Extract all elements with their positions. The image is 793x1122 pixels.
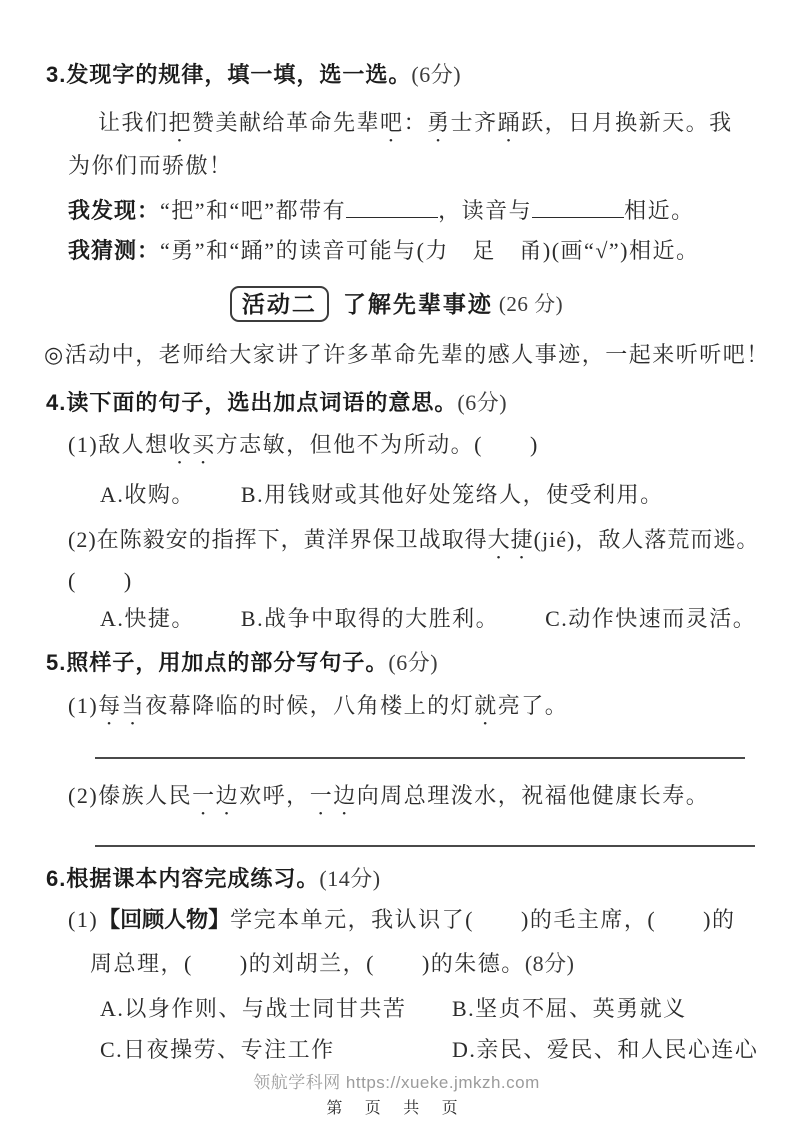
question-6-title: 根据课本内容完成练习。 (66, 866, 319, 891)
passage-text: 士齐 (451, 110, 498, 135)
sentence-text: 周总理，( )的刘胡兰，( )的朱德。 (90, 951, 525, 976)
page-footer: 第 页 共 页 (0, 1094, 793, 1122)
question-4-title: 读下面的句子，选出加点词语的意思。 (66, 390, 457, 415)
sentence-text: 夜幕降临的时候，八角楼上的灯 (145, 693, 474, 718)
q3-guess-line: 我猜测：“勇”和“踊”的读音可能与(力 足 甬)(画“√”)相近。 (68, 236, 699, 266)
passage-text: 让我们 (98, 110, 169, 135)
guess-text: “勇”和“踊”的读音可能与(力 足 甬)(画“√”)相近。 (160, 238, 699, 263)
q6-options-row-1: A.以身作则、与战士同甘共苦B.坚贞不屈、英勇就义 (100, 994, 687, 1024)
watermark-text: 领航学科网 https://xueke.jmkzh.com (253, 1073, 540, 1092)
question-3-heading: 3.发现字的规律，填一填，选一选。(6分) (46, 60, 461, 90)
option-b[interactable]: B.战争中取得的大胜利。 (241, 606, 499, 631)
activity-score: (26 分) (499, 292, 563, 316)
question-5-number: 5. (46, 650, 66, 675)
question-3-number: 3. (46, 62, 66, 87)
sentence-text: (1) (68, 907, 98, 932)
sentence-text: (1) (68, 693, 98, 718)
find-text: “把”和“吧”都带有 (160, 198, 346, 223)
q4-item-2-options: A.快捷。B.战争中取得的大胜利。C.动作快速而灵活。 (100, 604, 756, 634)
sentence-text: 向周总理泼水，祝福他健康长寿。 (357, 783, 710, 808)
question-3-title: 发现字的规律，填一填，选一选。 (66, 62, 411, 87)
q4-item-2: (2)在陈毅安的指挥下，黄洋界保卫战取得大捷(jié)，敌人落荒而逃。 (68, 525, 759, 564)
passage-text: ： (404, 110, 428, 135)
sentence-text: 欢呼， (239, 783, 310, 808)
sentence-text: 学完本单元，我认识了( )的毛主席，( )的 (230, 907, 735, 932)
find-label: 我发现： (68, 198, 160, 223)
sentence-text: (2)傣族人民 (68, 783, 192, 808)
passage-text: 赞美献给革命先辈 (192, 110, 380, 135)
q5-item-1: (1)每当夜幕降临的时候，八角楼上的灯就亮了。 (68, 691, 568, 730)
guess-label: 我猜测： (68, 238, 160, 263)
activity-2-header: 活动二了解先辈事迹(26 分) (0, 286, 793, 322)
fill-in-blank[interactable] (532, 194, 624, 218)
find-text: ，读音与 (438, 198, 532, 223)
sentence-text: (2)在陈毅安的指挥下，黄洋界保卫战取得 (68, 527, 488, 552)
emphasized-word: 就 (474, 693, 498, 718)
emphasized-char: 踊 (498, 110, 522, 135)
page-number-label: 第 页 共 页 (326, 1100, 466, 1117)
sentence-text: 方志敏，但他不为所动。( ) (216, 432, 539, 457)
question-5-heading: 5.照样子，用加点的部分写句子。(6分) (46, 648, 438, 678)
sentence-text: (jié)，敌人落荒而逃。 (534, 527, 760, 552)
option-b[interactable]: B.坚贞不屈、英勇就义 (452, 996, 687, 1021)
question-6-heading: 6.根据课本内容完成练习。(14分) (46, 864, 381, 894)
test-paper-page: 3.发现字的规律，填一填，选一选。(6分) 让我们把赞美献给革命先辈吧：勇士齐踊… (0, 0, 793, 1122)
option-a[interactable]: A.收购。 (100, 482, 195, 507)
emphasized-word: 一边 (310, 783, 357, 808)
q5-item-2: (2)傣族人民一边欢呼，一边向周总理泼水，祝福他健康长寿。 (68, 781, 709, 820)
activity-title: 了解先辈事迹 (343, 291, 493, 317)
question-3-score: (6分) (411, 62, 461, 87)
question-5-score: (6分) (388, 650, 438, 675)
activity-intro-text: ◎活动中，老师给大家讲了许多革命先辈的感人事迹，一起来听听吧！ (44, 342, 770, 367)
question-6-score: (14分) (319, 866, 380, 891)
q4-item-1-options: A.收购。B.用钱财或其他好处笼络人，使受利用。 (100, 480, 664, 510)
option-d[interactable]: D.亲民、爱民、和人民心连心 (452, 1037, 758, 1062)
q3-passage-line-2: 为你们而骄傲！ (68, 151, 233, 181)
emphasized-word: 收买 (169, 432, 216, 457)
emphasized-char: 把 (169, 110, 193, 135)
question-4-score: (6分) (457, 390, 507, 415)
emphasized-char: 吧 (380, 110, 404, 135)
question-4-heading: 4.读下面的句子，选出加点词语的意思。(6分) (46, 388, 507, 418)
sentence-text: (1)敌人想 (68, 432, 169, 457)
emphasized-word: 每当 (98, 693, 145, 718)
q6-item-1-line-1: (1)【回顾人物】学完本单元，我认识了( )的毛主席，( )的 (68, 905, 735, 935)
q4-item-2-answer-paren[interactable]: ( ) (68, 566, 133, 596)
option-b[interactable]: B.用钱财或其他好处笼络人，使受利用。 (241, 482, 664, 507)
emphasized-char: 勇 (427, 110, 451, 135)
option-c[interactable]: C.日夜操劳、专注工作 (100, 1035, 452, 1065)
q3-find-line: 我发现：“把”和“吧”都带有，读音与相近。 (68, 194, 695, 226)
activity-badge: 活动二 (230, 286, 329, 322)
question-4-number: 4. (46, 390, 66, 415)
q6-item-1-line-2: 周总理，( )的刘胡兰，( )的朱德。(8分) (90, 949, 574, 979)
q6-options-row-2: C.日夜操劳、专注工作D.亲民、爱民、和人民心连心 (100, 1035, 758, 1065)
q3-passage-line-1: 让我们把赞美献给革命先辈吧：勇士齐踊跃，日月换新天。我 (98, 108, 733, 147)
question-5-title: 照样子，用加点的部分写句子。 (66, 650, 388, 675)
emphasized-word: 大捷 (488, 527, 534, 552)
q4-item-1: (1)敌人想收买方志敏，但他不为所动。( ) (68, 430, 539, 469)
answer-paren[interactable]: ( ) (68, 568, 133, 593)
answer-write-line[interactable] (95, 845, 755, 847)
answer-write-line[interactable] (95, 757, 745, 759)
emphasized-word: 一边 (192, 783, 239, 808)
passage-text: 跃，日月换新天。我 (521, 110, 733, 135)
section-tag: 【回顾人物】 (98, 907, 230, 932)
find-text: 相近。 (624, 198, 695, 223)
question-6-number: 6. (46, 866, 66, 891)
option-a[interactable]: A.以身作则、与战士同甘共苦 (100, 994, 452, 1024)
sentence-text: 亮了。 (498, 693, 569, 718)
fill-in-blank[interactable] (346, 194, 438, 218)
activity-intro: ◎活动中，老师给大家讲了许多革命先辈的感人事迹，一起来听听吧！ (44, 340, 770, 370)
passage-text: 为你们而骄傲！ (68, 153, 233, 178)
option-c[interactable]: C.动作快速而灵活。 (545, 606, 756, 631)
q6-item-1-score: (8分) (525, 951, 575, 976)
option-a[interactable]: A.快捷。 (100, 606, 195, 631)
